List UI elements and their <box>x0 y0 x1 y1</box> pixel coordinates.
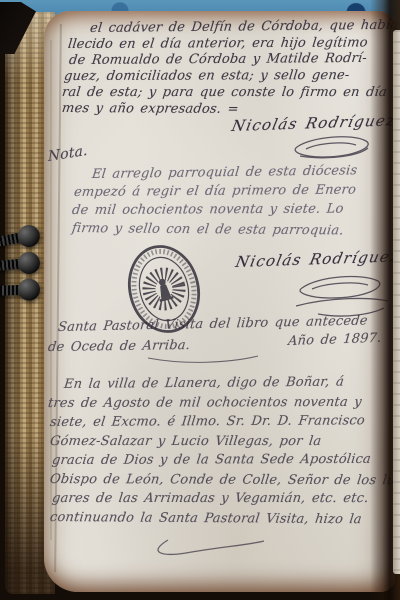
post-head <box>16 223 41 248</box>
post-head <box>17 251 41 275</box>
heading-underline-flourish <box>148 356 258 362</box>
ink-flourishes-layer <box>0 0 400 600</box>
binding-screw-post <box>0 278 44 302</box>
facing-page-edge <box>393 30 400 574</box>
binding-screw-post <box>0 251 45 277</box>
parish-register-photo: el cadáver de Delfín de Córdoba, que hab… <box>0 0 400 600</box>
closing-flourish <box>158 540 264 554</box>
post-head <box>18 278 41 301</box>
parish-seal-stamp <box>121 239 208 339</box>
signature-rubric <box>295 137 368 158</box>
